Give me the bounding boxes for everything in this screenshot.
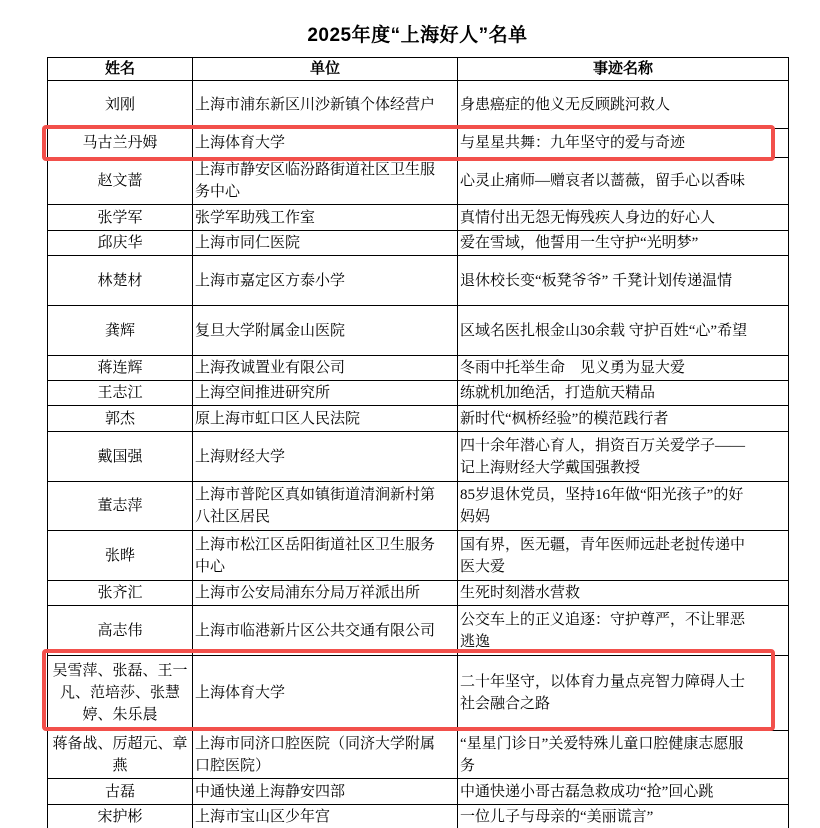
table-cell-unit: 上海市同济口腔医院（同济大学附属口腔医院） bbox=[193, 731, 458, 779]
table-cell-name: 龚辉 bbox=[48, 306, 193, 356]
table-row: 林楚材上海市嘉定区方泰小学退休校长变“板凳爷爷” 千凳计划传递温情 bbox=[48, 256, 789, 306]
table-cell-deed: 退休校长变“板凳爷爷” 千凳计划传递温情 bbox=[458, 256, 789, 306]
table-cell-name: 董志萍 bbox=[48, 482, 193, 531]
table-cell-unit: 上海孜诚置业有限公司 bbox=[193, 356, 458, 381]
table-cell-deed: “星星门诊日”关爱特殊儿童口腔健康志愿服务 bbox=[458, 731, 789, 779]
table-cell-unit: 复旦大学附属金山医院 bbox=[193, 306, 458, 356]
table-cell-name: 郭杰 bbox=[48, 406, 193, 432]
table-body: 刘刚上海市浦东新区川沙新镇个体经营户身患癌症的他义无反顾跳河救人马古兰丹姆上海体… bbox=[48, 81, 789, 828]
table-row: 吴雪萍、张磊、王一凡、范培莎、张慧婷、朱乐晨上海体育大学二十年坚守，以体育力量点… bbox=[48, 656, 789, 731]
page-title: 2025年度“上海好人”名单 bbox=[47, 20, 788, 47]
table-cell-unit: 上海市浦东新区川沙新镇个体经营户 bbox=[193, 81, 458, 129]
table-cell-name: 张晔 bbox=[48, 531, 193, 581]
table-cell-unit: 上海体育大学 bbox=[193, 656, 458, 731]
table-cell-name: 古磊 bbox=[48, 779, 193, 805]
table-cell-name: 吴雪萍、张磊、王一凡、范培莎、张慧婷、朱乐晨 bbox=[48, 656, 193, 731]
table-row: 赵文蔷上海市静安区临汾路街道社区卫生服务中心心灵止痛师—赠哀者以蔷薇，留手心以香… bbox=[48, 158, 789, 205]
table-cell-deed: 生死时刻潜水营救 bbox=[458, 581, 789, 606]
header-unit: 单位 bbox=[193, 58, 458, 81]
table-cell-deed: 一位儿子与母亲的“美丽谎言” bbox=[458, 805, 789, 828]
table-cell-unit: 上海体育大学 bbox=[193, 129, 458, 158]
table-cell-deed: 二十年坚守，以体育力量点亮智力障碍人士社会融合之路 bbox=[458, 656, 789, 731]
table-row: 马古兰丹姆上海体育大学与星星共舞：九年坚守的爱与奇迹 bbox=[48, 129, 789, 158]
awards-table: 姓名 单位 事迹名称 刘刚上海市浦东新区川沙新镇个体经营户身患癌症的他义无反顾跳… bbox=[47, 57, 789, 828]
table-cell-unit: 上海市同仁医院 bbox=[193, 231, 458, 256]
table-cell-deed: 爱在雪域，他誓用一生守护“光明梦” bbox=[458, 231, 789, 256]
table-cell-name: 蒋连辉 bbox=[48, 356, 193, 381]
table-cell-deed: 心灵止痛师—赠哀者以蔷薇，留手心以香味 bbox=[458, 158, 789, 205]
page: 2025年度“上海好人”名单 姓名 单位 事迹名称 刘刚上海市浦东新区川沙新镇个… bbox=[0, 0, 820, 828]
table-cell-unit: 中通快递上海静安四部 bbox=[193, 779, 458, 805]
table-cell-name: 邱庆华 bbox=[48, 231, 193, 256]
table-cell-unit: 上海市普陀区真如镇街道清涧新村第八社区居民 bbox=[193, 482, 458, 531]
header-name: 姓名 bbox=[48, 58, 193, 81]
table-cell-deed: 与星星共舞：九年坚守的爱与奇迹 bbox=[458, 129, 789, 158]
table-cell-deed: 冬雨中托举生命 见义勇为显大爱 bbox=[458, 356, 789, 381]
table-cell-name: 戴国强 bbox=[48, 432, 193, 482]
table-cell-name: 马古兰丹姆 bbox=[48, 129, 193, 158]
table-cell-deed: 中通快递小哥古磊急救成功“抢”回心跳 bbox=[458, 779, 789, 805]
table-cell-deed: 真情付出无怨无悔残疾人身边的好心人 bbox=[458, 205, 789, 231]
table-cell-unit: 原上海市虹口区人民法院 bbox=[193, 406, 458, 432]
table-cell-unit: 张学军助残工作室 bbox=[193, 205, 458, 231]
table-cell-deed: 四十余年潜心育人，捐资百万关爱学子——记上海财经大学戴国强教授 bbox=[458, 432, 789, 482]
table-cell-deed: 区域名医扎根金山30余载 守护百姓“心”希望 bbox=[458, 306, 789, 356]
header-row: 姓名 单位 事迹名称 bbox=[48, 58, 789, 81]
table-cell-name: 王志江 bbox=[48, 381, 193, 406]
table-cell-name: 张学军 bbox=[48, 205, 193, 231]
table-row: 王志江上海空间推进研究所练就机加绝活，打造航天精品 bbox=[48, 381, 789, 406]
table-header: 姓名 单位 事迹名称 bbox=[48, 58, 789, 81]
table-cell-deed: 身患癌症的他义无反顾跳河救人 bbox=[458, 81, 789, 129]
table-cell-deed: 公交车上的正义追逐：守护尊严，不让罪恶逃逸 bbox=[458, 606, 789, 656]
table-row: 龚辉复旦大学附属金山医院区域名医扎根金山30余载 守护百姓“心”希望 bbox=[48, 306, 789, 356]
table-cell-unit: 上海市松江区岳阳街道社区卫生服务中心 bbox=[193, 531, 458, 581]
table-cell-name: 蒋备战、厉超元、章燕 bbox=[48, 731, 193, 779]
table-row: 戴国强上海财经大学四十余年潜心育人，捐资百万关爱学子——记上海财经大学戴国强教授 bbox=[48, 432, 789, 482]
table-cell-unit: 上海市临港新片区公共交通有限公司 bbox=[193, 606, 458, 656]
table-cell-name: 宋护彬 bbox=[48, 805, 193, 828]
table-cell-unit: 上海空间推进研究所 bbox=[193, 381, 458, 406]
table-cell-name: 高志伟 bbox=[48, 606, 193, 656]
table-cell-unit: 上海财经大学 bbox=[193, 432, 458, 482]
table-cell-deed: 国有界，医无疆，青年医师远赴老挝传递中医大爱 bbox=[458, 531, 789, 581]
table-cell-deed: 练就机加绝活，打造航天精品 bbox=[458, 381, 789, 406]
table-row: 蒋连辉上海孜诚置业有限公司冬雨中托举生命 见义勇为显大爱 bbox=[48, 356, 789, 381]
table-cell-name: 赵文蔷 bbox=[48, 158, 193, 205]
table-cell-unit: 上海市静安区临汾路街道社区卫生服务中心 bbox=[193, 158, 458, 205]
header-deed: 事迹名称 bbox=[458, 58, 789, 81]
table-row: 高志伟上海市临港新片区公共交通有限公司公交车上的正义追逐：守护尊严，不让罪恶逃逸 bbox=[48, 606, 789, 656]
table-row: 董志萍上海市普陀区真如镇街道清涧新村第八社区居民85岁退休党员，坚持16年做“阳… bbox=[48, 482, 789, 531]
table-cell-name: 刘刚 bbox=[48, 81, 193, 129]
table-cell-deed: 85岁退休党员，坚持16年做“阳光孩子”的好妈妈 bbox=[458, 482, 789, 531]
table-row: 古磊中通快递上海静安四部中通快递小哥古磊急救成功“抢”回心跳 bbox=[48, 779, 789, 805]
table-row: 张齐汇上海市公安局浦东分局万祥派出所生死时刻潜水营救 bbox=[48, 581, 789, 606]
table-row: 宋护彬上海市宝山区少年宫一位儿子与母亲的“美丽谎言” bbox=[48, 805, 789, 828]
table-cell-unit: 上海市嘉定区方泰小学 bbox=[193, 256, 458, 306]
table-cell-unit: 上海市公安局浦东分局万祥派出所 bbox=[193, 581, 458, 606]
table-row: 郭杰原上海市虹口区人民法院新时代“枫桥经验”的模范践行者 bbox=[48, 406, 789, 432]
table-row: 邱庆华上海市同仁医院爱在雪域，他誓用一生守护“光明梦” bbox=[48, 231, 789, 256]
table-row: 蒋备战、厉超元、章燕上海市同济口腔医院（同济大学附属口腔医院）“星星门诊日”关爱… bbox=[48, 731, 789, 779]
table-row: 刘刚上海市浦东新区川沙新镇个体经营户身患癌症的他义无反顾跳河救人 bbox=[48, 81, 789, 129]
table-cell-deed: 新时代“枫桥经验”的模范践行者 bbox=[458, 406, 789, 432]
table-cell-name: 张齐汇 bbox=[48, 581, 193, 606]
table-cell-unit: 上海市宝山区少年宫 bbox=[193, 805, 458, 828]
table-row: 张学军张学军助残工作室真情付出无怨无悔残疾人身边的好心人 bbox=[48, 205, 789, 231]
table-row: 张晔上海市松江区岳阳街道社区卫生服务中心国有界，医无疆，青年医师远赴老挝传递中医… bbox=[48, 531, 789, 581]
table-cell-name: 林楚材 bbox=[48, 256, 193, 306]
